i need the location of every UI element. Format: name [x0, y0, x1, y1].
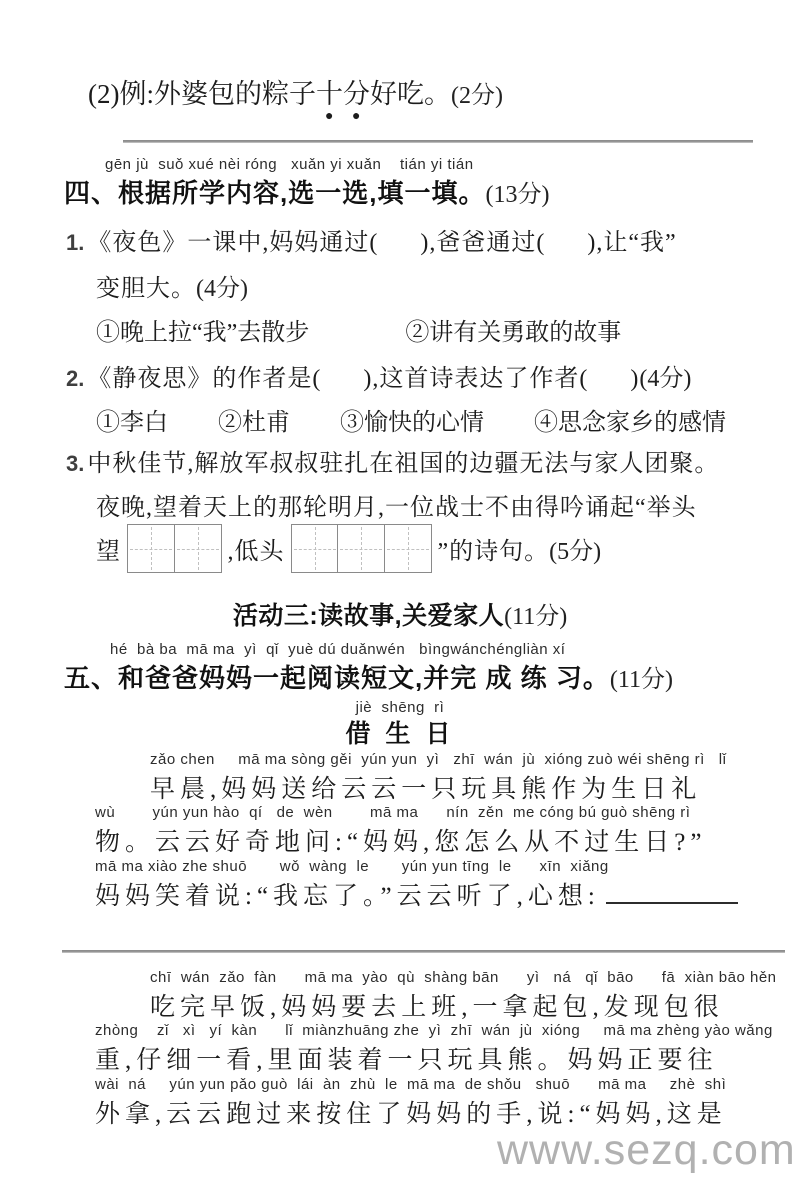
question-1-line-2: 变胆大。(4分) [96, 268, 248, 303]
question-2-option-1: ①李白 [96, 402, 168, 437]
tianzige-box[interactable] [291, 524, 339, 573]
example-suffix: 好吃。 [370, 79, 451, 109]
example-sentence: (2)例:外婆包的粽子十分好吃。(2分) [88, 72, 503, 124]
section-four-score: (13分) [485, 182, 549, 208]
worksheet-page: (2)例:外婆包的粽子十分好吃。(2分) gēn jù suǒ xué nèi … [0, 0, 800, 1195]
story-line-pinyin: wù yún yun hào qí de wèn mā ma nín zěn m… [95, 804, 707, 821]
story-line-text: 重,仔细一看,里面装着一只玩具熊。妈妈正要往 [95, 1040, 773, 1076]
tianzige-box[interactable] [127, 524, 175, 573]
story-line-text: 物。云云好奇地问:“妈妈,您怎么从不过生日?” [95, 822, 707, 858]
question-2-option-4: ④思念家乡的感情 [534, 402, 726, 437]
question-1-options: ①晚上拉“我”去散步 ②讲有关勇敢的故事 [96, 312, 621, 347]
question-2-number: 2. [66, 366, 84, 391]
activity-three-title: 活动三:读故事,关爱家人 [233, 602, 504, 630]
question-3-fill-after: ”的诗句。 [438, 531, 550, 566]
story-line: chī wán zǎo fàn mā ma yào qù shàng bān y… [150, 969, 777, 1023]
question-3-number: 3. [66, 451, 84, 476]
example-emphasized-words: 十分 [316, 79, 370, 109]
question-2-options: ①李白 ②杜甫 ③愉快的心情 ④思念家乡的感情 [96, 402, 726, 437]
example-prefix: (2)例:外婆包的粽子 [88, 79, 316, 109]
question-3-score: (5分) [549, 531, 601, 566]
answer-blank-line[interactable] [606, 881, 738, 904]
tianzige-group-2 [291, 524, 432, 573]
section-five-score: (11分) [610, 667, 673, 693]
activity-three-score: (11分) [504, 604, 567, 630]
question-1-option-2: ②讲有关勇敢的故事 [405, 312, 621, 347]
section-five-heading: 五、和爸爸妈妈一起阅读短文,并完 成 练 习。(11分) [64, 658, 673, 695]
story-line-text: 外拿,云云跑过来按住了妈妈的手,说:“妈妈,这是 [95, 1094, 727, 1130]
story-title: 借 生 日 [346, 720, 455, 748]
question-3-text-1: 中秋佳节,解放军叔叔驻扎在祖国的边疆无法与家人团聚。 [87, 451, 719, 477]
question-3-text-2: 夜晚,望着天上的那轮明月,一位战士不由得吟诵起“举头 [96, 495, 697, 521]
example-score: (2分) [451, 83, 503, 109]
question-2-text: 《静夜思》的作者是( ),这首诗表达了作者( ) [87, 366, 639, 392]
story-line: zǎo chen mā ma sòng gěi yún yun yì zhī w… [150, 751, 726, 805]
question-2-score: (4分) [639, 366, 691, 392]
question-3-fill-line: 望 ,低头 ”的诗句。 (5分) [96, 524, 601, 573]
section-four-pinyin: gēn jù suǒ xué nèi róng xuǎn yi xuǎn tiá… [105, 156, 474, 173]
question-1-score: (4分) [196, 276, 248, 302]
tianzige-box[interactable] [337, 524, 385, 573]
story-line: wài ná yún yun pǎo guò lái àn zhù le mā … [95, 1076, 727, 1130]
question-3-line-1: 3.中秋佳节,解放军叔叔驻扎在祖国的边疆无法与家人团聚。 [66, 443, 719, 478]
question-2-option-3: ③愉快的心情 [340, 402, 484, 437]
tianzige-box[interactable] [174, 524, 222, 573]
story-line-pinyin: zǎo chen mā ma sòng gěi yún yun yì zhī w… [150, 751, 726, 768]
activity-three-heading: 活动三:读故事,关爱家人(11分) [0, 596, 800, 632]
question-3-fill-middle: ,低头 [228, 531, 285, 566]
tianzige-box[interactable] [384, 524, 432, 573]
story-title-row: 借 生 日 [0, 714, 800, 750]
question-2-line-1: 2.《静夜思》的作者是( ),这首诗表达了作者( )(4分) [66, 358, 691, 393]
question-2-option-2: ②杜甫 [218, 402, 290, 437]
story-line-pinyin: chī wán zǎo fàn mā ma yào qù shàng bān y… [150, 969, 777, 986]
section-divider-middle [62, 950, 785, 953]
story-line-text: 吃完早饭,妈妈要去上班,一拿起包,发现包很 [150, 987, 777, 1023]
story-line-pinyin: zhòng zǐ xì yí kàn lǐ miànzhuāng zhe yì … [95, 1022, 773, 1039]
story-line-pinyin: mā ma xiào zhe shuō wǒ wàng le yún yun t… [95, 858, 738, 875]
story-line: mā ma xiào zhe shuō wǒ wàng le yún yun t… [95, 858, 738, 912]
question-1-line-1: 1.《夜色》一课中,妈妈通过( ),爸爸通过( ),让“我” [66, 222, 677, 257]
watermark-text: www.sezq.com [497, 1126, 796, 1175]
story-line: zhòng zǐ xì yí kàn lǐ miànzhuāng zhe yì … [95, 1022, 773, 1076]
question-1-number: 1. [66, 230, 84, 255]
question-3-fill-before: 望 [96, 531, 121, 566]
story-line-text: 妈妈笑着说:“我忘了。”云云听了,心想: [95, 883, 600, 910]
section-five-pinyin: hé bà ba mā ma yì qǐ yuè dú duǎnwén bìng… [110, 641, 565, 658]
story-line-text: 早晨,妈妈送给云云一只玩具熊作为生日礼 [150, 769, 726, 805]
section-five-title: 五、和爸爸妈妈一起阅读短文,并完 成 练 习。 [64, 663, 610, 693]
question-3-line-2: 夜晚,望着天上的那轮明月,一位战士不由得吟诵起“举头 [96, 487, 697, 522]
section-four-heading: 四、根据所学内容,选一选,填一填。(13分) [64, 173, 549, 210]
question-1-option-1: ①晚上拉“我”去散步 [96, 312, 309, 347]
question-1-text: 《夜色》一课中,妈妈通过( ),爸爸通过( ),让“我” [87, 230, 676, 256]
question-1-text-continued: 变胆大。 [96, 276, 196, 302]
section-four-title: 四、根据所学内容,选一选,填一填。 [64, 178, 485, 208]
story-line: wù yún yun hào qí de wèn mā ma nín zěn m… [95, 804, 707, 858]
story-line-text-with-blank: 妈妈笑着说:“我忘了。”云云听了,心想: [95, 876, 738, 912]
section-divider-top [123, 140, 753, 143]
tianzige-group-1 [127, 524, 222, 573]
story-line-pinyin: wài ná yún yun pǎo guò lái àn zhù le mā … [95, 1076, 727, 1093]
